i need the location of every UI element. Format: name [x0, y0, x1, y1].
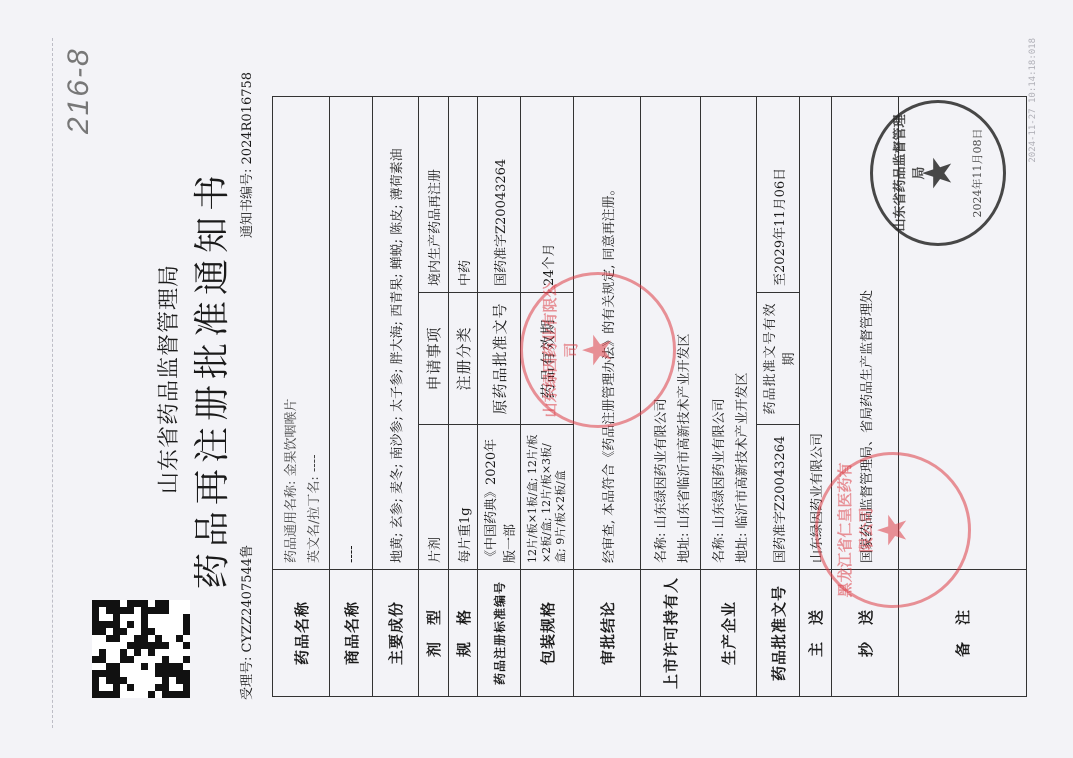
label-standard-no: 药品注册标准编号 — [478, 570, 521, 697]
company-stamp-red-2: ★ 黑龙江省仁皇医药有限公司 — [815, 452, 971, 608]
manufacturer-address: 地址: 临沂市高新技术产业开发区 — [731, 103, 750, 563]
notice-number-value: 2024R016758 — [240, 72, 255, 165]
label-mah: 上市许可持有人 — [641, 570, 701, 697]
notice-document: 216-8 山东省药品监督管理局 药品再注册批准通知书 受理号: CYZZ240… — [0, 0, 1073, 758]
print-trace: 2024-11-27 10:14:18:018 — [1028, 38, 1038, 718]
row-trade-name: 商品名称 ---- — [330, 97, 373, 697]
label-specification: 规 格 — [449, 570, 478, 697]
acceptance-number-value: CYZZ2407544鲁 — [240, 545, 255, 653]
notice-number: 通知书编号: 2024R016758 — [236, 72, 255, 238]
label-approval-no: 药品批准文号 — [757, 570, 800, 697]
value-specification: 每片重1g — [449, 425, 478, 570]
row-specification: 规 格 每片重1g 注册分类 中药 — [449, 97, 478, 697]
value-standard-no: 《中国药典》2020年版一部 — [478, 425, 521, 570]
official-seal-date: 2024年11月08日 — [969, 103, 985, 243]
label-approval-validity: 药品批准文号有效期 — [757, 293, 800, 425]
value-manufacturer: 名称: 山东绿因药业有限公司 地址: 临沂市高新技术产业开发区 — [701, 97, 757, 570]
official-seal: ★ 山东省药品监督管理局 2024年11月08日 — [870, 100, 1006, 246]
company-stamp-red: ★ 山东绿因药业有限公司 — [520, 272, 676, 428]
row-main-recipient: 主 送 山东绿因药业有限公司 — [800, 97, 832, 697]
generic-name: 药品通用名称: 金果饮咽喉片 — [280, 103, 299, 563]
value-registration-category: 中药 — [449, 97, 478, 293]
mah-address: 地址: 山东省临沂市高新技术产业开发区 — [673, 103, 692, 563]
label-drug-name: 药品名称 — [273, 570, 330, 697]
label-original-approval-no: 原药品批准文号 — [478, 293, 521, 425]
label-main-recipient: 主 送 — [800, 570, 832, 697]
value-ingredients: 地黄; 玄参; 麦冬; 南沙参; 太子参; 胖大海; 西青果; 蝉蜕; 陈皮; … — [373, 97, 419, 570]
row-approval-no: 药品批准文号 国药准字Z20043264 药品批准文号有效期 至2029年11月… — [757, 97, 800, 697]
value-dosage-form: 片剂 — [419, 425, 449, 570]
value-approval-no: 国药准字Z20043264 — [757, 425, 800, 570]
value-application-item: 境内生产药品再注册 — [419, 97, 449, 293]
label-manufacturer: 生产企业 — [701, 570, 757, 697]
manufacturer-name: 名称: 山东绿因药业有限公司 — [708, 103, 727, 563]
row-drug-name: 药品名称 药品通用名称: 金果饮咽喉片 英文名/拉丁名: ---- — [273, 97, 330, 697]
document-title: 药品再注册批准通知书 — [184, 0, 235, 758]
row-manufacturer: 生产企业 名称: 山东绿因药业有限公司 地址: 临沂市高新技术产业开发区 — [701, 97, 757, 697]
label-registration-category: 注册分类 — [449, 293, 478, 425]
handwritten-note: 216-8 — [62, 47, 96, 134]
label-conclusion: 审批结论 — [574, 570, 641, 697]
company-stamp-2-text: 黑龙江省仁皇医药有限公司 — [824, 461, 962, 599]
company-stamp-text: 山东绿因药业有限公司 — [529, 281, 667, 419]
value-trade-name: ---- — [330, 97, 373, 570]
label-dosage-form: 剂 型 — [419, 570, 449, 697]
notice-number-label: 通知书编号: — [240, 169, 255, 238]
row-dosage-form: 剂 型 片剂 申请事项 境内生产药品再注册 — [419, 97, 449, 697]
acceptance-number: 受理号: CYZZ2407544鲁 — [236, 545, 255, 700]
label-ingredients: 主要成份 — [373, 570, 419, 697]
acceptance-number-label: 受理号: — [240, 657, 255, 700]
row-ingredients: 主要成份 地黄; 玄参; 麦冬; 南沙参; 太子参; 胖大海; 西青果; 蝉蜕;… — [373, 97, 419, 697]
value-packaging: 12片/板×1板/盒; 12片/板×2板/盒; 12片/板×3板/盒; 9片/板… — [521, 425, 574, 570]
value-approval-validity: 至2029年11月06日 — [757, 97, 800, 293]
row-standard-no: 药品注册标准编号 《中国药典》2020年版一部 原药品批准文号 国药准字Z200… — [478, 97, 521, 697]
label-packaging: 包装规格 — [521, 570, 574, 697]
issuer-name: 山东省药品监督管理局 — [152, 0, 183, 758]
value-drug-name: 药品通用名称: 金果饮咽喉片 英文名/拉丁名: ---- — [273, 97, 330, 570]
value-original-approval-no: 国药准字Z20043264 — [478, 97, 521, 293]
value-shelf-life: 24个月 — [521, 97, 574, 293]
label-trade-name: 商品名称 — [330, 570, 373, 697]
label-application-item: 申请事项 — [419, 293, 449, 425]
english-latin-name: 英文名/拉丁名: ---- — [303, 103, 322, 563]
